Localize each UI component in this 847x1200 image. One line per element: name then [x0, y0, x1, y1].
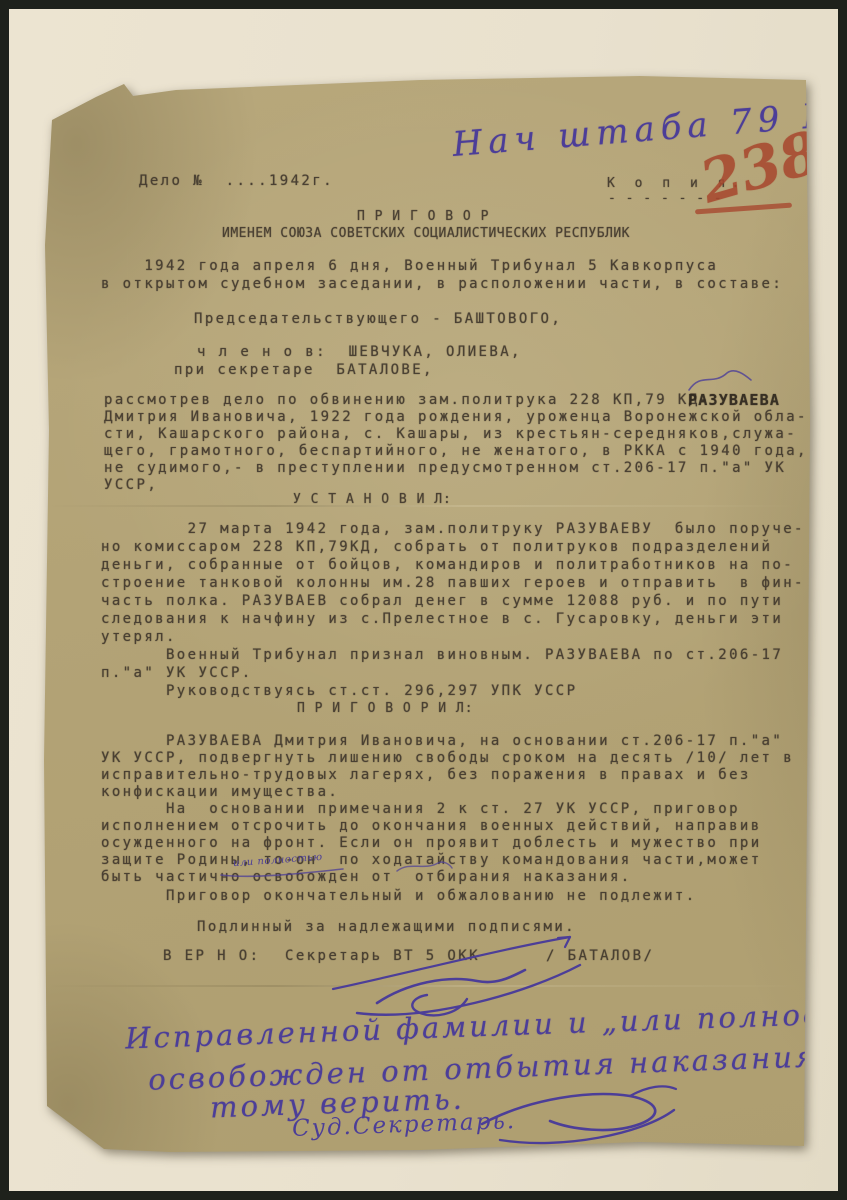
case-number: Дело № ....1942г. — [139, 173, 334, 190]
accused-line: щего, грамотного, беспартийного, не жена… — [104, 443, 808, 460]
ink-underline-insertion — [215, 862, 350, 880]
intro-line: в открытом судебном заседании, в располо… — [101, 276, 783, 293]
sentence-line: осужденного на фронт. Если он проявит до… — [101, 835, 762, 852]
accused-line: УССР, — [104, 477, 158, 494]
sentence-line: На основании примечания 2 к ст. 27 УК УС… — [101, 801, 740, 818]
sentence-line: исправительно-трудовых лагерях, без пора… — [101, 767, 751, 784]
doc-subtitle: ИМЕНЕМ СОЮЗА СОВЕТСКИХ СОЦИАЛИСТИЧЕСКИХ … — [222, 226, 630, 241]
court-members: ч л е н о в: ШЕВЧУКА, ОЛИЕВА, — [197, 344, 522, 361]
accused-line: Дмитрия Ивановича, 1922 года рождения, у… — [104, 409, 808, 426]
guided-by-line: Руководствуясь ст.ст. 296,297 УПК УССР — [101, 683, 577, 700]
sentence-line: быть частично освобожден от отбирания на… — [101, 869, 632, 886]
sentence-line: исполнением отсрочить до окончания военн… — [101, 818, 762, 835]
accused-line: рассмотрев дело по обвинению зам.политру… — [104, 392, 710, 409]
verdict-line: Военный Трибунал признал виновным. РАЗУВ… — [101, 647, 783, 664]
court-chairman: Председательствующего - БАШТОВОГО, — [194, 311, 562, 328]
verdict-line: п."а" УК УССР. — [101, 665, 253, 682]
document-paper: Дело № ....1942г. К о п и я. - - - - - -… — [0, 0, 847, 1200]
section-prigovoril: П Р И Г О В О Р И Л: — [297, 701, 474, 716]
document-paper-wrap: Дело № ....1942г. К о п и я. - - - - - -… — [0, 0, 847, 1200]
facts-line: часть полка. РАЗУВАЕВ собрал денег в сум… — [101, 593, 783, 610]
sentence-line: УК УССР, подвергнуть лишению свободы сро… — [101, 750, 794, 767]
facts-line: следования к начфину из с.Прелестное в с… — [101, 611, 783, 628]
sentence-line: РАЗУВАЕВА Дмитрия Ивановича, на основани… — [101, 733, 783, 750]
facts-line: утерял. — [101, 629, 177, 646]
sentence-line: конфискации имущества. — [101, 784, 339, 801]
photo-frame: Дело № ....1942г. К о п и я. - - - - - -… — [0, 0, 847, 1200]
verno-label: В ЕР Н О: — [163, 948, 260, 965]
ink-correction-scribble — [392, 857, 457, 877]
facts-line: деньги, собранные от бойцов, командиров … — [101, 557, 794, 574]
section-ustanovil: У С Т А Н О В И Л: — [293, 492, 452, 507]
court-secretary: при секретаре БАТАЛОВЕ, — [174, 362, 434, 379]
ink-scribble-above-name — [683, 366, 758, 396]
intro-line: 1942 года апреля 6 дня, Военный Трибунал… — [101, 258, 718, 275]
facts-line: строение танковой колонны им.28 павших г… — [101, 575, 805, 592]
accused-line: не судимого,- в преступлении предусмотре… — [104, 460, 786, 477]
signature-bottom — [470, 1078, 685, 1153]
doc-title: П Р И Г О В О Р — [357, 209, 489, 224]
facts-line: но комиссаром 228 КП,79КД, собрать от по… — [101, 539, 772, 556]
final-line: Приговор окончательный и обжалованию не … — [101, 888, 697, 905]
accused-line: сти, Кашарского района, с. Кашары, из кр… — [104, 426, 797, 443]
facts-line: 27 марта 1942 года, зам.политруку РАЗУВА… — [101, 521, 805, 538]
